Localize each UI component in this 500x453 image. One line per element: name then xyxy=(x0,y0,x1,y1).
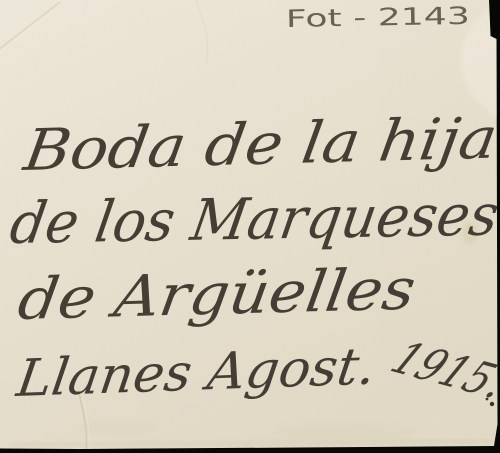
stain-bottom xyxy=(275,423,415,441)
stain-bottom-left xyxy=(80,420,160,436)
scanned-note-photo: Fot - 2143 Boda de la hija de los Marque… xyxy=(0,0,500,453)
scan-canvas: Fot - 2143 Boda de la hija de los Marque… xyxy=(0,0,500,453)
handwritten-line-2: de los Marqueses xyxy=(6,182,500,257)
handwritten-line-3: de Argüelles xyxy=(14,256,420,333)
handwritten-line-1: Boda de la hija xyxy=(19,105,500,184)
catalog-number: Fot - 2143 xyxy=(286,2,470,33)
